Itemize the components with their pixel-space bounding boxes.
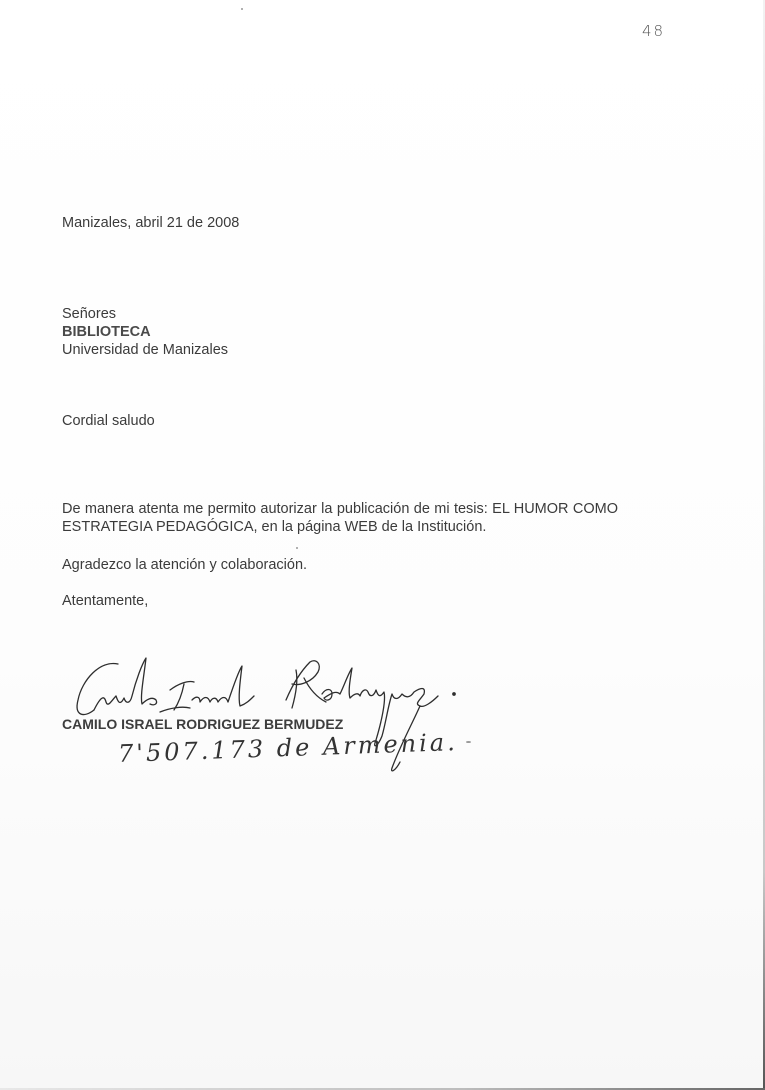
- scan-speck: [296, 547, 298, 549]
- handwritten-page-number: 48: [642, 22, 665, 40]
- place-date: Manizales, abril 21 de 2008: [62, 214, 239, 232]
- thanks-line: Agradezco la atención y colaboración.: [62, 556, 307, 574]
- recipient-organization: BIBLIOTECA: [62, 323, 151, 341]
- body-paragraph: De manera atenta me permito autorizar la…: [62, 500, 618, 536]
- scan-speck: [241, 8, 243, 10]
- scanned-letter-page: 48 Manizales, abril 21 de 2008 Señores B…: [0, 0, 765, 1090]
- closing-line: Atentamente,: [62, 592, 148, 610]
- signer-printed-name: CAMILO ISRAEL RODRIGUEZ BERMUDEZ: [62, 716, 343, 732]
- recipient-salutation: Señores: [62, 305, 116, 323]
- scan-speck: [466, 741, 471, 743]
- greeting: Cordial saludo: [62, 412, 155, 430]
- recipient-institution: Universidad de Manizales: [62, 341, 228, 359]
